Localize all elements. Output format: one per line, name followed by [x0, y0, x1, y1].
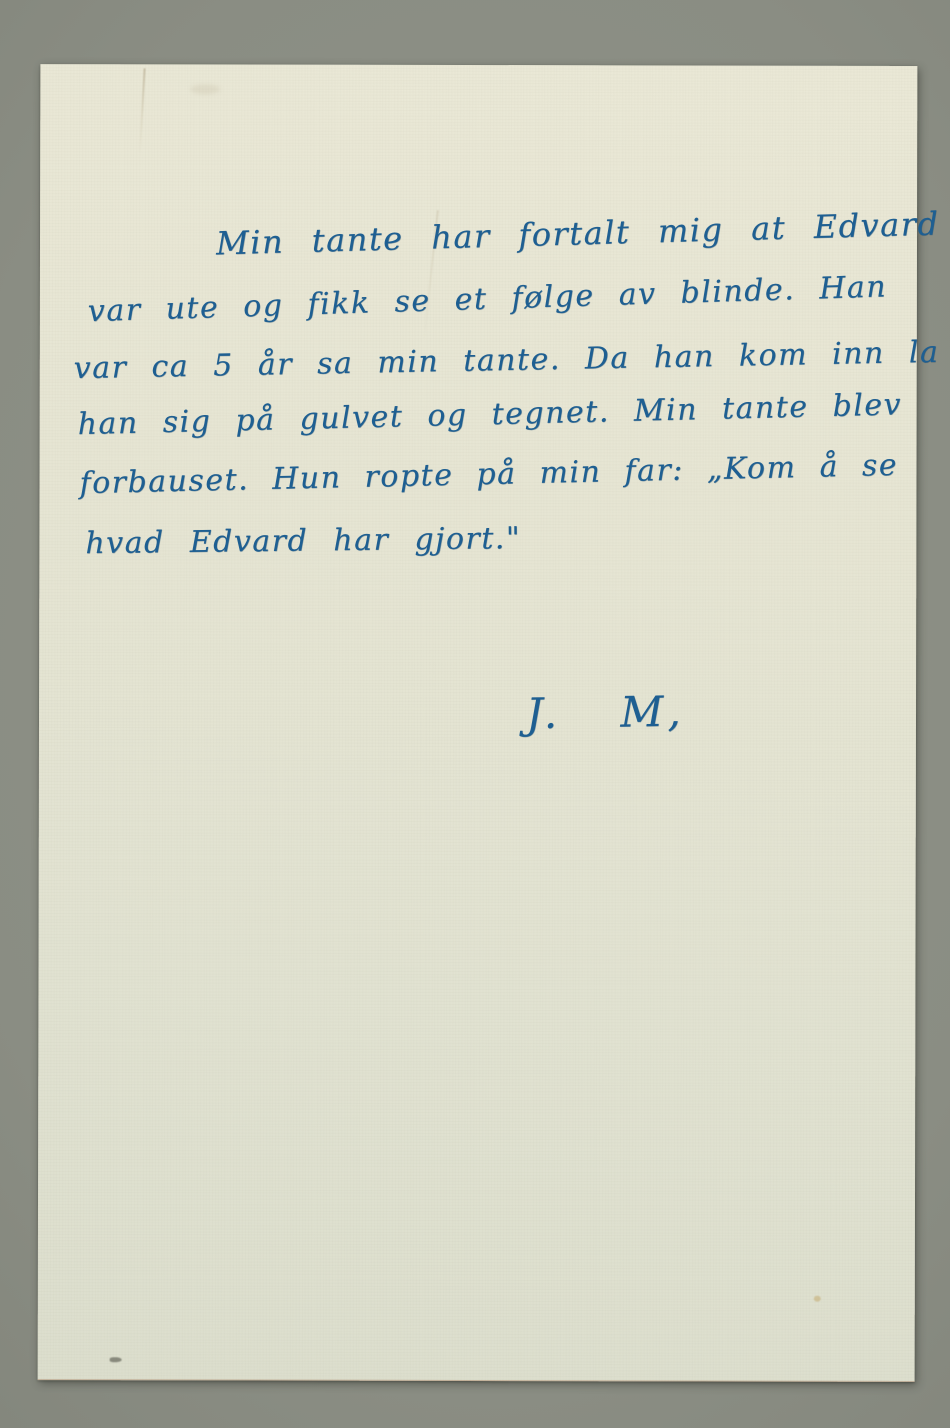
handwritten-line-5: forbauset. Hun ropte på min far: „Kom å …: [79, 448, 898, 501]
handwritten-line-2: var ute og fikk se et følge av blinde. H…: [87, 269, 887, 329]
paper-stain-dot: [814, 1296, 821, 1302]
paper-crease: [139, 68, 146, 153]
paper-stain-fleck: [110, 1357, 122, 1362]
signature-initials: J. M,: [526, 687, 685, 738]
paper-stain-smudge: [190, 84, 220, 94]
photo-background: Min tante har fortalt mig at Edvard var …: [0, 0, 950, 1428]
handwritten-line-4: han sig på gulvet og tegnet. Min tante b…: [77, 387, 902, 442]
handwritten-line-3: var ca 5 år sa min tante. Da han kom inn…: [73, 335, 939, 386]
letter-paper: Min tante har fortalt mig at Edvard var …: [38, 64, 918, 1382]
handwritten-line-1: Min tante har fortalt mig at Edvard: [215, 205, 939, 263]
handwritten-line-6: hvad Edvard har gjort.": [85, 521, 521, 561]
